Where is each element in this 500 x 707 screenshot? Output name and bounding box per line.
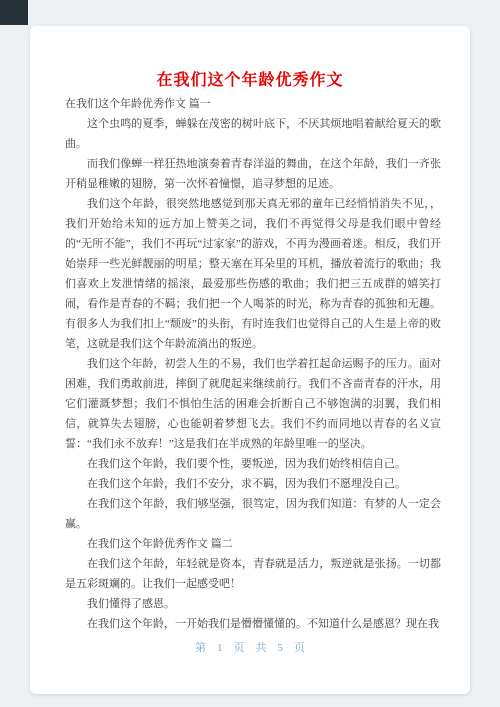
pagination-label-ye-2: 页: [294, 638, 305, 658]
document-paragraph: 而我们像蝉一样狂热地演奏着青春洋溢的舞曲，在这个年龄，我们一齐张开稍显稚嫩的翅膀…: [65, 154, 441, 194]
document-paragraph: 这个虫鸣的夏季，蝉躲在茂密的树叶底下，不厌其烦地唱着献给夏天的歌曲。: [65, 114, 441, 154]
pagination-label-di: 第: [195, 638, 206, 658]
document-body: 在我们这个年龄优秀作文 篇一这个虫鸣的夏季，蝉躲在茂密的树叶底下，不厌其烦地唱着…: [65, 94, 441, 634]
document-paragraph: 我们这个年龄，很突然地感觉到那天真无邪的童年已经悄悄消失不见，，我们开始给未知的…: [65, 194, 441, 354]
section-heading: 在我们这个年龄优秀作文 篇一: [65, 94, 441, 114]
pagination-current-page: 1: [217, 638, 223, 658]
document-paragraph: 我们懂得了感恩。: [65, 594, 441, 614]
document-paragraph: 我们这个年龄，初尝人生的不易，我们也学着扛起命运赐予的压力。面对困难，我们勇敢前…: [65, 354, 441, 454]
pagination-label-gong: 共: [256, 638, 267, 658]
document-paragraph: 在我们这个年龄，年轻就是资本，青春就是活力，叛逆就是张扬。一切都是五彩斑斓的。让…: [65, 554, 441, 594]
document-title: 在我们这个年龄优秀作文: [30, 70, 470, 92]
document-page: 在我们这个年龄优秀作文 在我们这个年龄优秀作文 篇一这个虫鸣的夏季，蝉躲在茂密的…: [30, 26, 470, 694]
document-paragraph: 在我们这个年龄，我们要个性，要叛逆，因为我们始终相信自己。: [65, 454, 441, 474]
section-heading: 在我们这个年龄优秀作文 篇二: [65, 534, 441, 554]
top-left-corner-block: [0, 0, 28, 25]
pagination-label-ye: 页: [234, 638, 245, 658]
pagination-total-pages: 5: [278, 638, 284, 658]
document-paragraph: 在我们这个年龄，我们不安分，求不羁，因为我们不愿埋没自己。: [65, 474, 441, 494]
document-paragraph: 在我们这个年龄，我们够坚强，很笃定，因为我们知道：有梦的人一定会赢。: [65, 494, 441, 534]
pagination: 第 1 页 共 5 页: [30, 638, 470, 658]
document-paragraph: 在我们这个年龄，一开始我们是懵懵懂懂的。不知道什么是感恩？现在我: [65, 614, 441, 634]
